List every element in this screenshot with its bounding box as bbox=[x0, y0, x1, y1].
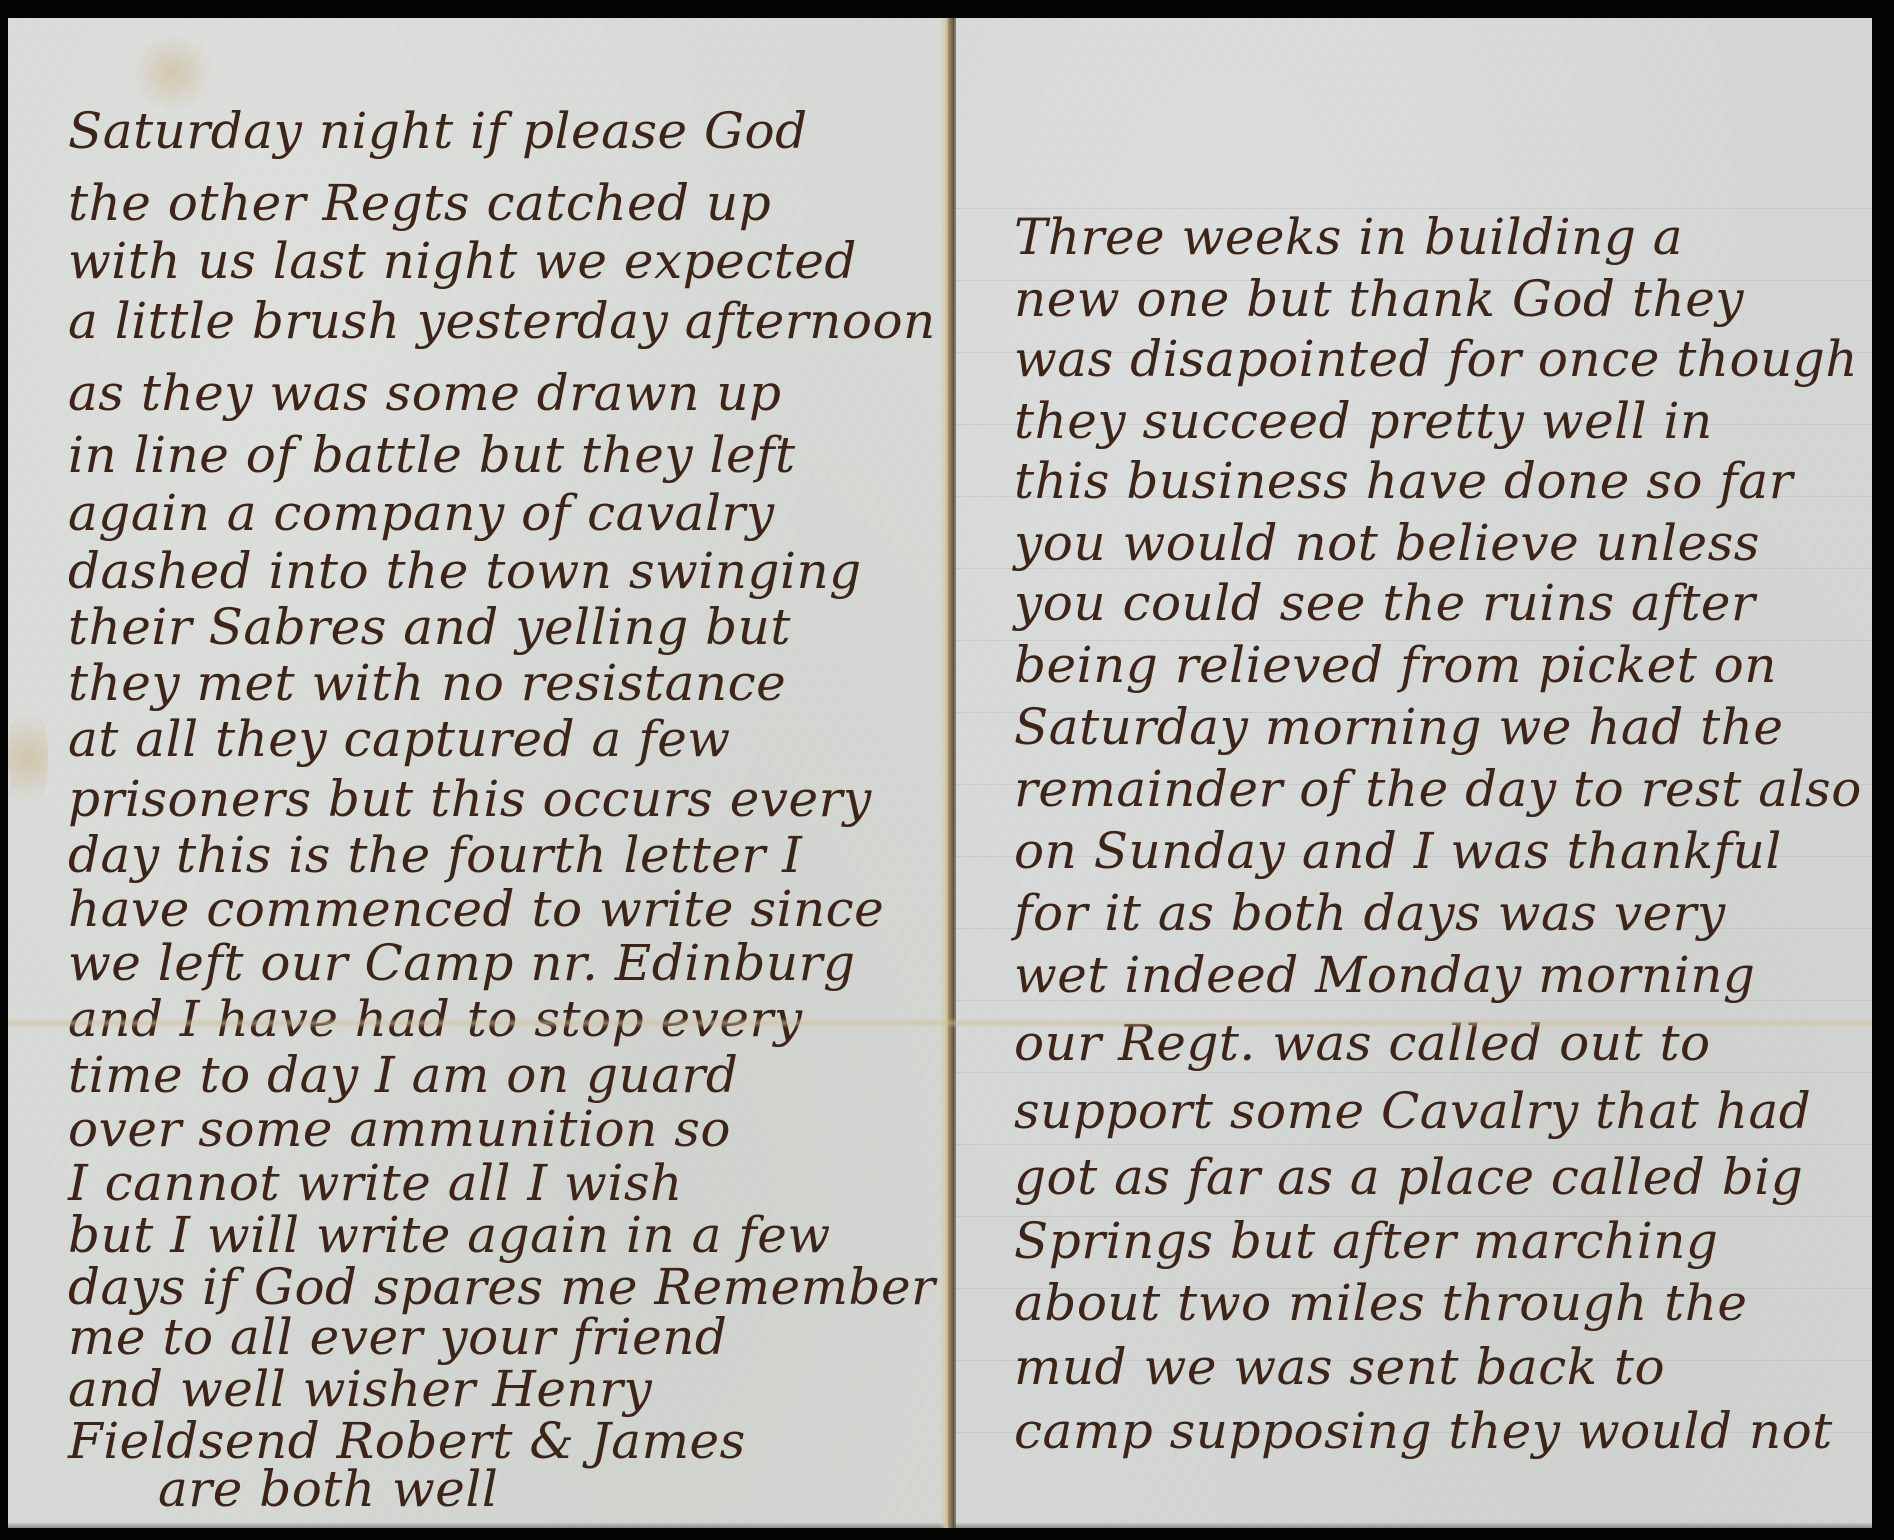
text-line: was disapointed for once though bbox=[1014, 334, 1858, 384]
text-line: Springs but after marching bbox=[1014, 1216, 1718, 1266]
text-line: about two miles through the bbox=[1014, 1278, 1748, 1328]
text-line: a little brush yesterday afternoon bbox=[68, 296, 936, 346]
text-line: being relieved from picket on bbox=[1014, 640, 1777, 690]
signature-line: Fieldsend Robert & James bbox=[68, 1416, 746, 1466]
text-line: again a company of cavalry bbox=[68, 488, 775, 538]
text-line: wet indeed Monday morning bbox=[1014, 950, 1755, 1000]
page-edge bbox=[954, 1522, 1872, 1528]
left-page-text: Saturday night if please God the other R… bbox=[8, 18, 946, 1528]
text-line: Saturday morning we had the bbox=[1014, 702, 1784, 752]
text-line: dashed into the town swinging bbox=[68, 546, 862, 596]
text-line: you would not believe unless bbox=[1014, 518, 1760, 568]
text-line: camp supposing they would not bbox=[1014, 1406, 1833, 1456]
text-line: Saturday night if please God bbox=[68, 106, 808, 156]
text-line: time to day I am on guard bbox=[68, 1050, 738, 1100]
text-line: got as far as a place called big bbox=[1014, 1152, 1803, 1202]
text-line: at all they captured a few bbox=[68, 714, 731, 764]
letter-scan: Saturday night if please God the other R… bbox=[0, 0, 1894, 1540]
right-page-text: Three weeks in building a new one but th… bbox=[954, 18, 1872, 1528]
text-line: for it as both days was very bbox=[1014, 888, 1726, 938]
text-line: new one but thank God they bbox=[1014, 274, 1744, 324]
text-line: this business have done so far bbox=[1014, 456, 1793, 506]
text-line: but I will write again in a few bbox=[68, 1210, 831, 1260]
text-line: remainder of the day to rest also bbox=[1014, 764, 1862, 814]
text-line: I cannot write all I wish bbox=[68, 1158, 683, 1208]
text-line: Three weeks in building a bbox=[1014, 212, 1683, 262]
text-line: they met with no resistance bbox=[68, 658, 786, 708]
text-line: you could see the ruins after bbox=[1014, 578, 1755, 628]
text-line: mud we was sent back to bbox=[1014, 1342, 1665, 1392]
center-fold bbox=[940, 18, 956, 1528]
text-line: the other Regts catched up bbox=[68, 178, 771, 228]
text-line: support some Cavalry that had bbox=[1014, 1086, 1811, 1136]
text-line: as they was some drawn up bbox=[68, 368, 782, 418]
text-line: on Sunday and I was thankful bbox=[1014, 826, 1782, 876]
text-line: prisoners but this occurs every bbox=[68, 774, 872, 824]
text-line: days if God spares me Remember bbox=[68, 1262, 936, 1312]
postscript-line: are both well bbox=[158, 1464, 498, 1514]
text-line: with us last night we expected bbox=[68, 236, 857, 286]
page-edge bbox=[8, 1522, 946, 1528]
text-line: over some ammunition so bbox=[68, 1104, 731, 1154]
left-page: Saturday night if please God the other R… bbox=[8, 18, 948, 1528]
text-line: we left our Camp nr. Edinburg bbox=[68, 938, 856, 988]
text-line: their Sabres and yelling but bbox=[68, 602, 791, 652]
text-line: and well wisher Henry bbox=[68, 1364, 652, 1414]
right-page: Three weeks in building a new one but th… bbox=[954, 18, 1872, 1528]
text-line: they succeed pretty well in bbox=[1014, 396, 1713, 446]
text-line: day this is the fourth letter I bbox=[68, 830, 802, 880]
text-line: in line of battle but they left bbox=[68, 430, 796, 480]
text-line: have commenced to write since bbox=[68, 884, 884, 934]
text-line: me to all ever your friend bbox=[68, 1312, 727, 1362]
horizontal-fold bbox=[8, 1018, 1872, 1028]
